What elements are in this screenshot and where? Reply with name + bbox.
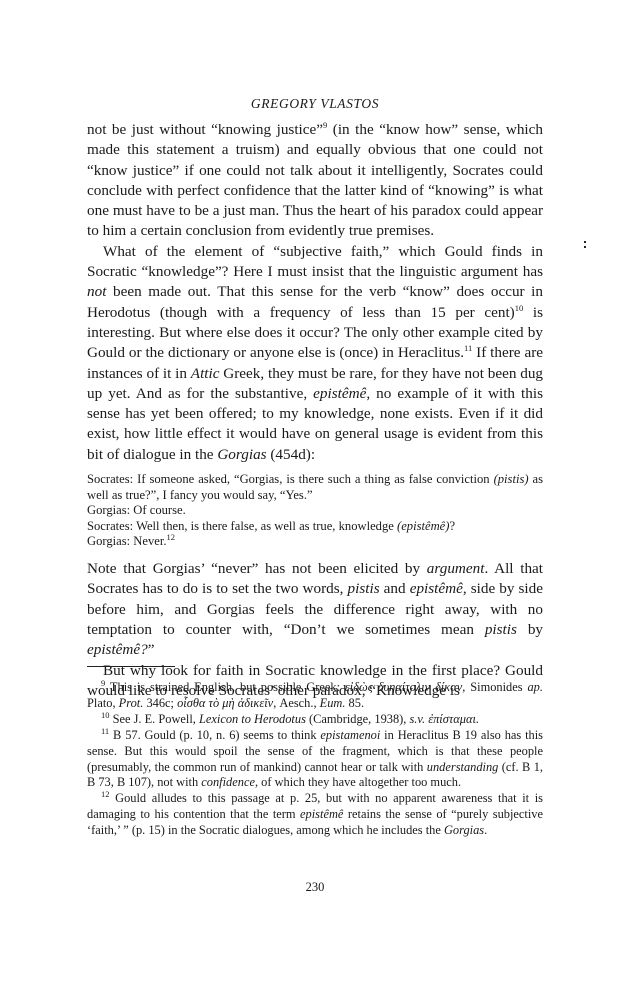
footnote-12: 12 Gould alludes to this passage at p. 2… (87, 791, 543, 839)
footnote-9: 9 This is strained English, but possible… (87, 680, 543, 712)
footnote-11: 11 B 57. Gould (p. 10, n. 6) seems to th… (87, 728, 543, 792)
paragraph-3: Note that Gorgias’ “never” has not been … (87, 559, 543, 660)
block-quote-dialogue: Socrates: If someone asked, “Gorgias, is… (87, 472, 543, 550)
main-text: not be just without “knowing justice”9 (… (87, 120, 543, 701)
running-head: GREGORY VLASTOS (87, 96, 543, 112)
quote-line: Gorgias: Of course. (87, 503, 543, 519)
page-number: 230 (87, 880, 543, 895)
footnote-ref-11[interactable]: 11 (464, 343, 472, 353)
margin-scan-mark (584, 241, 586, 251)
footnote-ref-10[interactable]: 10 (515, 303, 524, 313)
footnote-divider (87, 666, 175, 667)
footnote-10: 10 See J. E. Powell, Lexicon to Herodotu… (87, 712, 543, 728)
paragraph-1: not be just without “knowing justice”9 (… (87, 120, 543, 242)
quote-line: Gorgias: Never.12 (87, 534, 543, 550)
quote-line: Socrates: If someone asked, “Gorgias, is… (87, 472, 543, 503)
paragraph-2: What of the element of “subjective faith… (87, 242, 543, 465)
quote-line: Socrates: Well then, is there false, as … (87, 519, 543, 535)
footnote-ref-12[interactable]: 12 (167, 532, 176, 542)
footnotes: 9 This is strained English, but possible… (87, 680, 543, 839)
